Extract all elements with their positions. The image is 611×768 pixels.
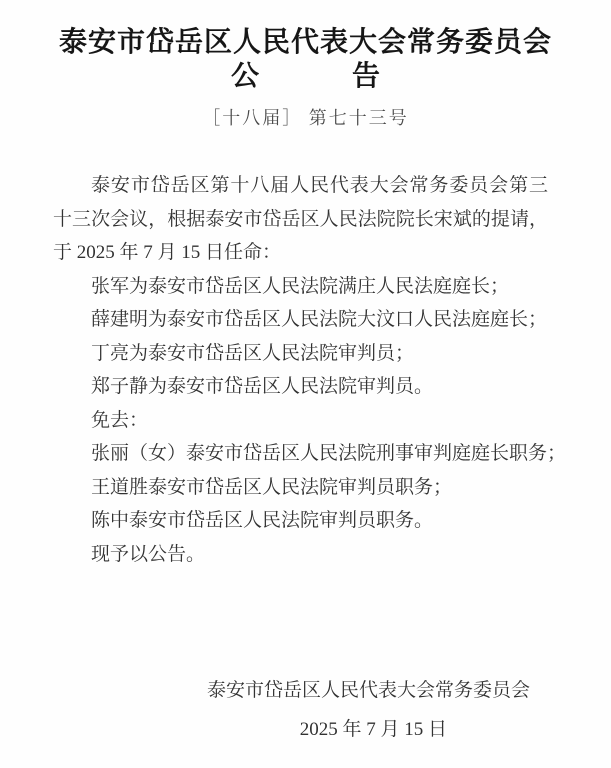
body-line: 免去： (53, 404, 548, 438)
doc-type-char-gong: 公 (231, 60, 259, 94)
document-title-org-name: 泰安市岱岳区人民代表大会常务委员会 (0, 0, 611, 60)
body-line: 薛建明为泰安市岱岳区人民法院大汶口人民法庭庭长； (53, 303, 548, 337)
body-line: 郑子静为泰安市岱岳区人民法院审判员。 (53, 370, 548, 404)
body-line: 现予以公告。 (53, 538, 548, 572)
doc-type-char-gao: 告 (352, 60, 380, 94)
signature-org-name: 泰安市岱岳区人民代表大会常务委员会 (0, 674, 611, 708)
body-line: 十三次会议，根据泰安市岱岳区人民法院院长宋斌的提请， (53, 203, 548, 237)
body-line: 张军为泰安市岱岳区人民法院满庄人民法庭庭长； (53, 270, 548, 304)
document-footer: 泰安市岱岳区人民代表大会常务委员会 2025 年 7 月 15 日 (0, 674, 611, 747)
signature-date: 2025 年 7 月 15 日 (0, 713, 611, 747)
body-line: 丁亮为泰安市岱岳区人民法院审判员； (53, 337, 548, 371)
document-body: 泰安市岱岳区第十八届人民代表大会常务委员会第三十三次会议，根据泰安市岱岳区人民法… (53, 169, 548, 571)
document-title-doc-type: 公 告 (0, 60, 611, 94)
announcement-document: 泰安市岱岳区人民代表大会常务委员会 公 告 ［十八届］ 第七十三号 泰安市岱岳区… (0, 0, 611, 768)
body-line: 王道胜泰安市岱岳区人民法院审判员职务； (53, 471, 548, 505)
document-number: ［十八届］ 第七十三号 (0, 106, 611, 130)
body-line: 泰安市岱岳区第十八届人民代表大会常务委员会第三 (53, 169, 548, 203)
body-line: 陈中泰安市岱岳区人民法院审判员职务。 (53, 504, 548, 538)
body-line: 张丽（女）泰安市岱岳区人民法院刑事审判庭庭长职务； (53, 437, 548, 471)
body-line: 于 2025 年 7 月 15 日任命： (53, 236, 548, 270)
